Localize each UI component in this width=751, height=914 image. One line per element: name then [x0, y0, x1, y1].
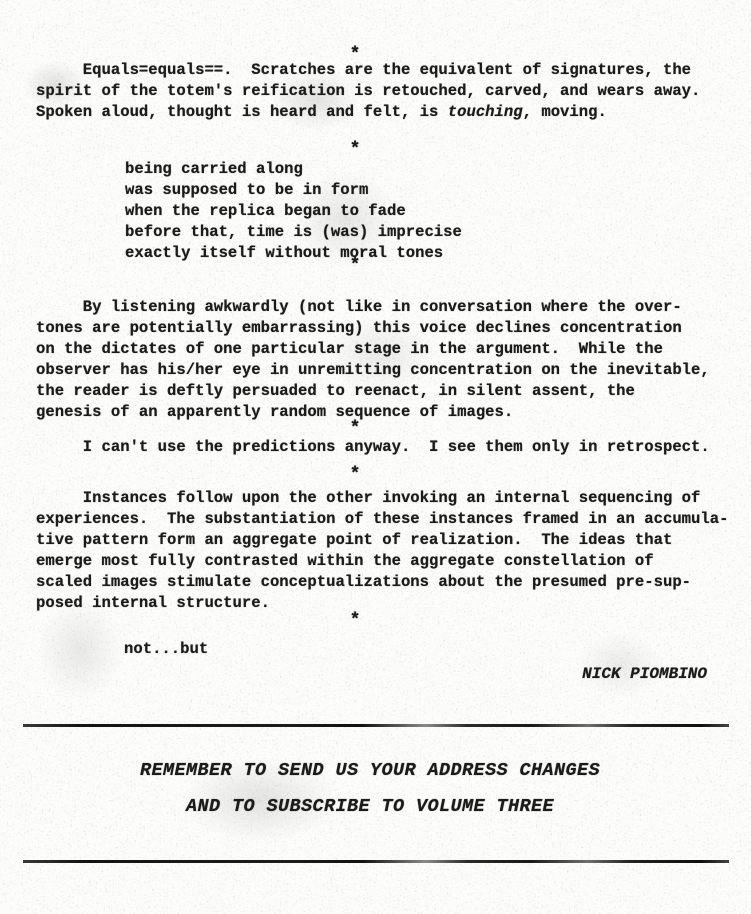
paragraph-instances: Instances follow upon the other invoking…: [36, 488, 728, 614]
footer-subscribe: AND TO SUBSCRIBE TO VOLUME THREE: [0, 796, 740, 818]
section-separator-star: *: [0, 464, 710, 486]
paragraph-by-listening: By listening awkwardly (not like in conv…: [36, 297, 710, 423]
italic-word-touching: touching: [448, 103, 523, 121]
poem-block: being carried along was supposed to be i…: [125, 159, 462, 264]
aphorism-predictions: I can't use the predictions anyway. I se…: [36, 437, 710, 458]
paragraph-equals-tail: , moving.: [523, 103, 607, 121]
section-separator-star: *: [0, 610, 710, 632]
horizontal-rule-top: [23, 724, 729, 727]
not-but-line: not...but: [124, 639, 208, 660]
author-name: NICK PIOMBINO: [36, 664, 707, 684]
horizontal-rule-bottom: [23, 860, 729, 863]
scanned-page: * Equals=equals==. Scratches are the equ…: [0, 0, 751, 914]
section-separator-star: *: [0, 255, 710, 277]
section-separator-star: *: [0, 139, 710, 161]
paragraph-equals: Equals=equals==. Scratches are the equiv…: [36, 60, 700, 123]
footer-address-changes: REMEMBER TO SEND US YOUR ADDRESS CHANGES: [0, 760, 740, 782]
